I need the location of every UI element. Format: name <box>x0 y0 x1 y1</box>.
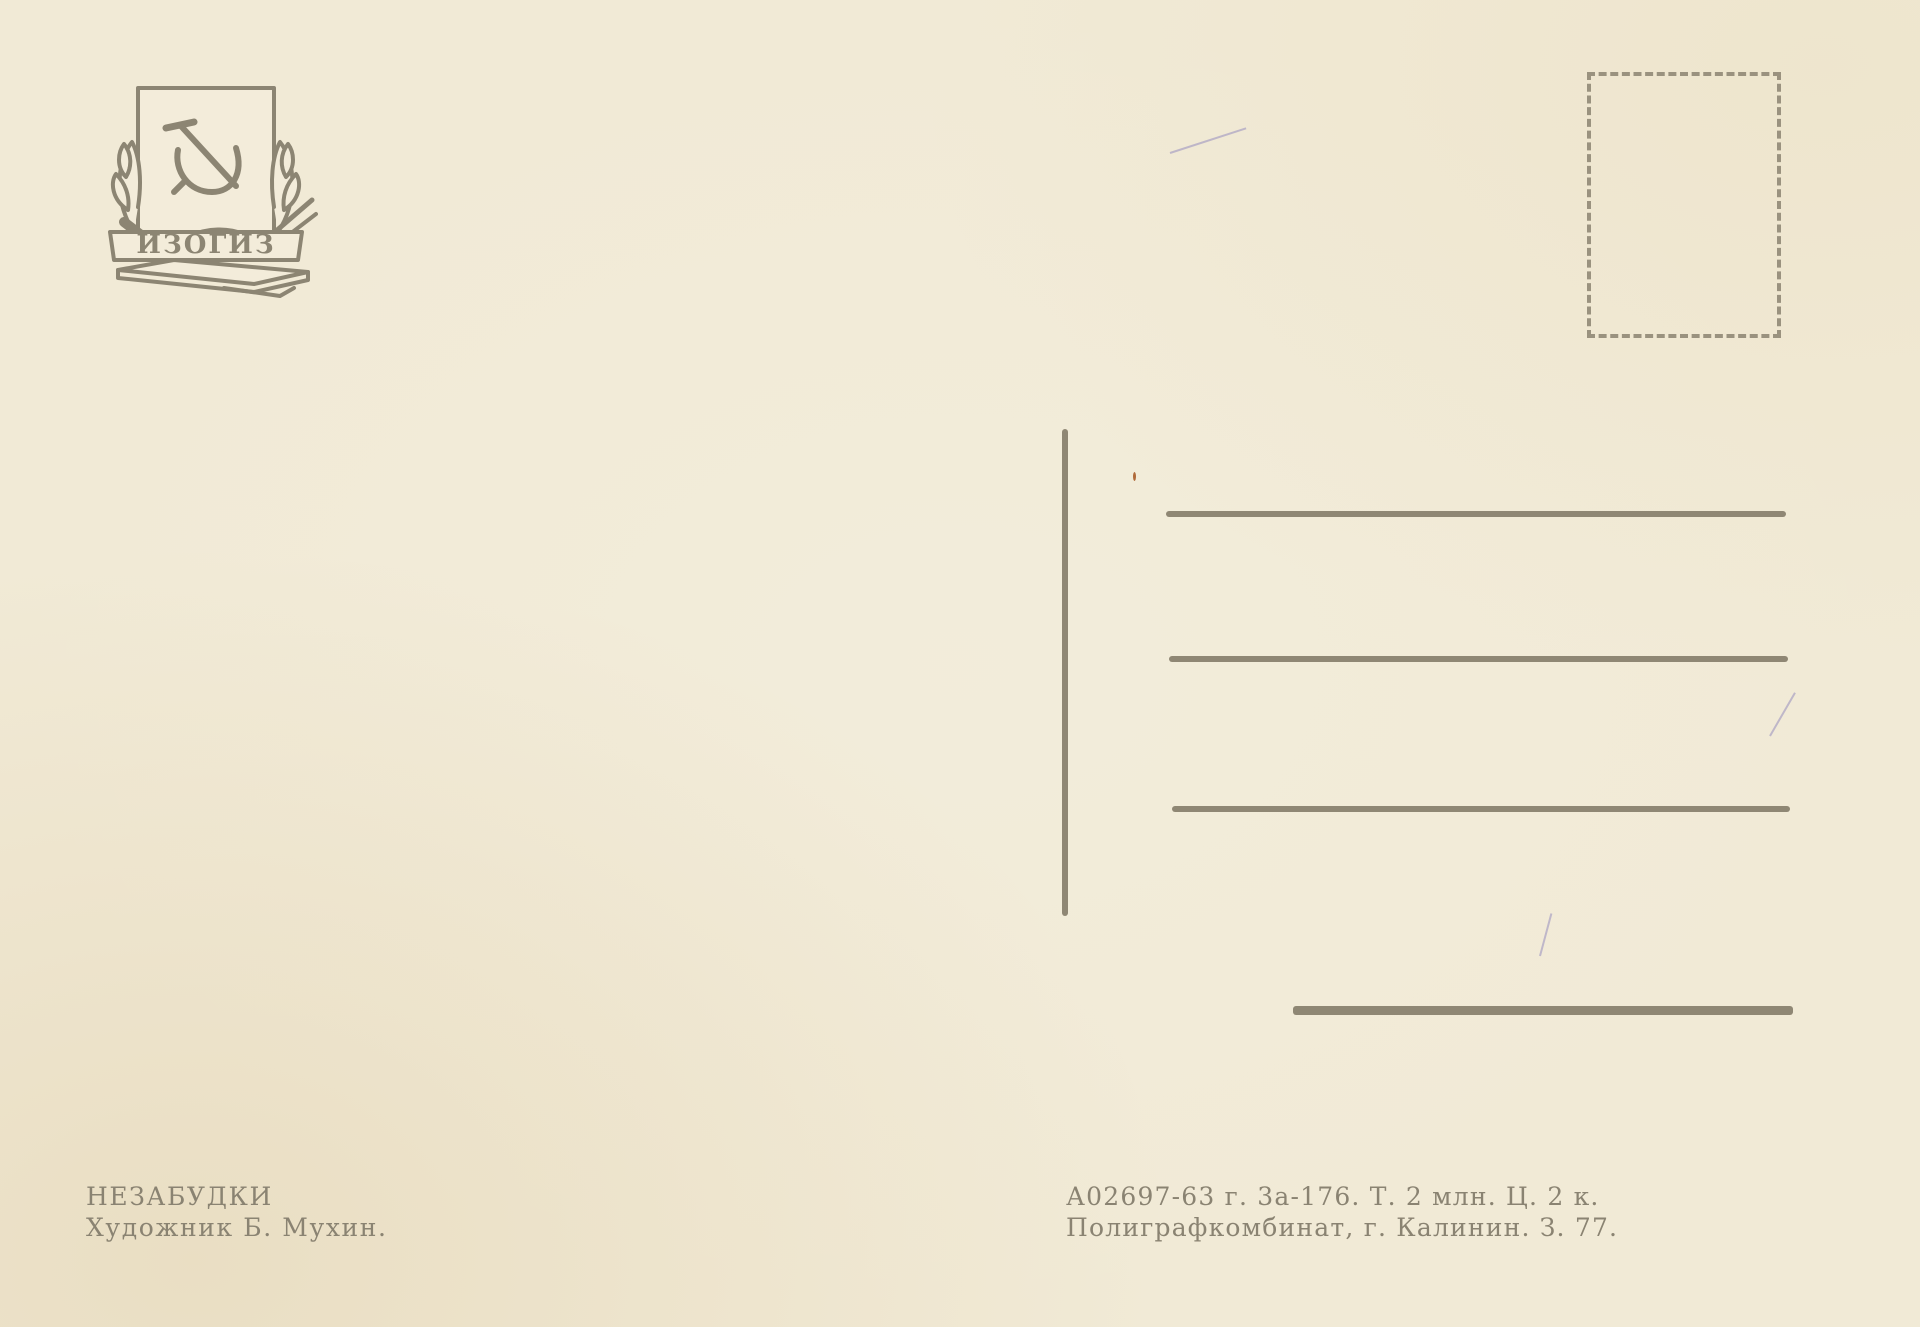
card-artist: Художник Б. Мухин. <box>86 1212 388 1243</box>
vertical-divider <box>1062 429 1068 916</box>
address-line-4-index <box>1293 1006 1793 1015</box>
stamp-placeholder <box>1587 72 1781 338</box>
imprint-line-2: Полиграфкомбинат, г. Калинин. З. 77. <box>1066 1212 1618 1243</box>
imprint-line-1: А02697-63 г. 3а-176. Т. 2 млн. Ц. 2 к. <box>1066 1181 1618 1212</box>
pencil-mark <box>1170 127 1247 154</box>
izogiz-logo: ИЗОГИЗ <box>104 82 318 298</box>
logo-text: ИЗОГИЗ <box>136 230 275 260</box>
card-caption: НЕЗАБУДКИ Художник Б. Мухин. <box>86 1181 388 1243</box>
address-line-3 <box>1172 806 1790 812</box>
printer-imprint: А02697-63 г. 3а-176. Т. 2 млн. Ц. 2 к. П… <box>1066 1181 1618 1243</box>
izogiz-emblem-icon: ИЗОГИЗ <box>104 82 318 298</box>
pencil-mark <box>1769 692 1796 736</box>
paper-speck <box>1133 472 1136 481</box>
address-line-1 <box>1166 511 1786 517</box>
pencil-mark <box>1539 913 1552 956</box>
card-title: НЕЗАБУДКИ <box>86 1181 388 1212</box>
address-line-2 <box>1169 656 1788 662</box>
